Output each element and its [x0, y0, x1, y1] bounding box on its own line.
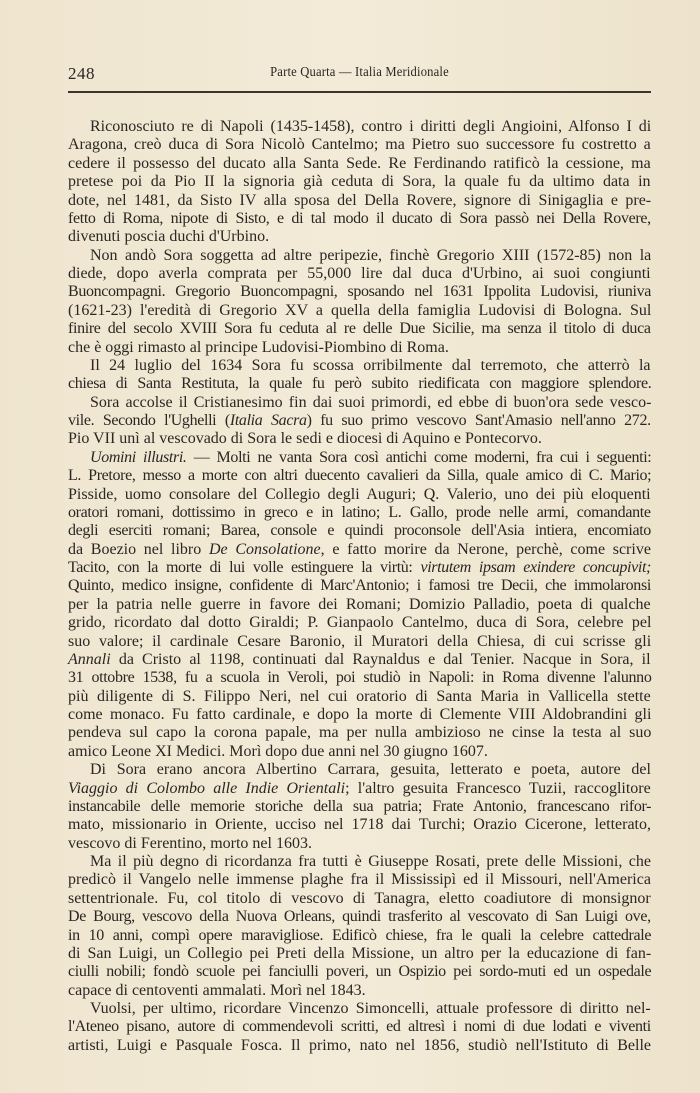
page-header: 248 Parte Quarta — Italia Meridionale — [68, 62, 651, 84]
text-line: Di Sora erano ancora Albertino Carrara, … — [68, 761, 651, 779]
paragraph-gregorio: Non andò Sora soggetta ad altre peripezi… — [68, 247, 651, 357]
text-line: De Bourg, vescovo della Nuova Orleans, q… — [68, 908, 651, 926]
text-line: vescovo di Ferentino, morto nel 1603. — [68, 835, 651, 853]
text-line: per la patria nelle guerre in favore dei… — [68, 596, 651, 614]
italic-title: Annali — [68, 651, 111, 668]
text-line: Sora accolse il Cristianesimo fin dai su… — [68, 394, 651, 412]
text-line: grido, ricordato dal dotto Giraldi; P. G… — [68, 614, 651, 632]
paragraph-rosati: Ma il più degno di ricordanza fra tutti … — [68, 853, 651, 1000]
paragraph-simoncelli: Vuolsi, per ultimo, ricordare Vincenzo S… — [68, 1000, 651, 1055]
text-line: Ma il più degno di ricordanza fra tutti … — [68, 853, 651, 871]
text-line: Non andò Sora soggetta ad altre peripezi… — [68, 247, 651, 265]
text-line: finire del secolo XVIII Sora fu ceduta a… — [68, 320, 651, 338]
text-line: di San Luigi, un Collegio pei Preti dell… — [68, 945, 651, 963]
italic-title: De Consolatione — [209, 541, 321, 558]
text-line: artisti, Luigi e Pasquale Fosca. Il prim… — [68, 1037, 651, 1055]
text-line: L. Pretore, messo a morte con altri duec… — [68, 467, 651, 485]
text-line: ciulli nobili; fondò scuole pei fanciull… — [68, 963, 651, 981]
text-line: oratori romani, dottissimo in greco e in… — [68, 504, 651, 522]
text-line: instancabile delle memorie storiche dell… — [68, 798, 651, 816]
text-line: più diligente di S. Filippo Neri, nel cu… — [68, 688, 651, 706]
text-line: l'Ateneo pisano, autore di commendevoli … — [68, 1018, 651, 1036]
italic-title: Italia Sacra — [230, 412, 307, 429]
text-line: Annali da Cristo al 1198, continuati dal… — [68, 651, 651, 669]
italic-title: Viaggio di Colombo alle Indie Orientali — [68, 780, 345, 797]
text-line: che è oggi rimasto al principe Ludovisi-… — [68, 339, 651, 357]
text-line: 31 ottobre 1538, fu a scuola in Veroli, … — [68, 669, 651, 687]
text-line: capace di centoventi ammalati. Morì nel … — [68, 982, 651, 1000]
running-head: Parte Quarta — Italia Meridionale — [97, 65, 622, 81]
text-line: degli eserciti romani; Barea, console e … — [68, 522, 651, 540]
header-rule — [68, 91, 651, 93]
text-line: come monaco. Fu fatto cardinale, e dopo … — [68, 706, 651, 724]
text-line: Tacito, con la morte di lui volle esting… — [68, 559, 651, 577]
text-line: divenuti poscia duchi d'Urbino. — [68, 228, 651, 246]
text-line: Pio VII unì al vescovado di Sora le sedi… — [68, 430, 651, 448]
text-line: (1621-23) l'eredità di Gregorio XV a que… — [68, 302, 651, 320]
text-line: Il 24 luglio del 1634 Sora fu scossa orr… — [68, 357, 651, 375]
text-line: amico Leone XI Medici. Morì dopo due ann… — [68, 743, 651, 761]
text-line: cedere il possesso del ducato alla Santa… — [68, 155, 651, 173]
text-line: Buoncompagni. Gregorio Buoncompagni, spo… — [68, 283, 651, 301]
text-line: diede, dopo averla comprata per 55,000 l… — [68, 265, 651, 283]
paragraph-uomini-illustri: Uomini illustri. — Molti ne vanta Sora c… — [68, 449, 651, 761]
section-heading: Uomini illustri. — [90, 449, 187, 466]
paragraph-alfonso: Riconosciuto re di Napoli (1435-1458), c… — [68, 118, 651, 247]
text-line: pendeva sul capo la corona papale, ma pe… — [68, 724, 651, 742]
page-body: Riconosciuto re di Napoli (1435-1458), c… — [68, 118, 651, 1055]
text-line: da Boezio nel libro De Consolatione, e f… — [68, 541, 651, 559]
paragraph-carrara: Di Sora erano ancora Albertino Carrara, … — [68, 761, 651, 853]
text-line: in 10 anni, compì opere maravigliose. Ed… — [68, 927, 651, 945]
book-page: 248 Parte Quarta — Italia Meridionale Ri… — [68, 62, 651, 84]
text-line: settentrionale. Fu, col titolo di vescov… — [68, 890, 651, 908]
paragraph-cristianesimo: Sora accolse il Cristianesimo fin dai su… — [68, 394, 651, 449]
text-line: Viaggio di Colombo alle Indie Orientali;… — [68, 780, 651, 798]
text-line: fetto di Roma, nipote di Sisto, e di tal… — [68, 210, 651, 228]
latin-quote: virtutem ipsam exindere concupivit; — [420, 559, 651, 576]
text-line: Aragona, creò duca di Sora Nicolò Cantel… — [68, 136, 651, 154]
text-line: Pisside, uomo consolare del Collegio deg… — [68, 486, 651, 504]
text-line: Quinto, medico insigne, confidente di Ma… — [68, 577, 651, 595]
text-line: dote, nel 1481, da Sisto IV alla sposa d… — [68, 192, 651, 210]
paragraph-terremoto: Il 24 luglio del 1634 Sora fu scossa orr… — [68, 357, 651, 394]
text-line: Riconosciuto re di Napoli (1435-1458), c… — [68, 118, 651, 136]
text-line: vile. Secondo l'Ughelli (Italia Sacra) f… — [68, 412, 651, 430]
text-line: mato, missionario in Oriente, ucciso nel… — [68, 816, 651, 834]
text-line: Vuolsi, per ultimo, ricordare Vincenzo S… — [68, 1000, 651, 1018]
text-line: chiesa di Santa Restituta, la quale fu p… — [68, 375, 651, 393]
text-line: predicò il Vangelo nelle immense plaghe … — [68, 871, 651, 889]
text-line: suo valore; il cardinale Cesare Baronio,… — [68, 633, 651, 651]
text-line: Uomini illustri. — Molti ne vanta Sora c… — [68, 449, 651, 467]
page-number: 248 — [68, 64, 95, 84]
text-line: pretese poi da Pio II la signoria già ce… — [68, 173, 651, 191]
